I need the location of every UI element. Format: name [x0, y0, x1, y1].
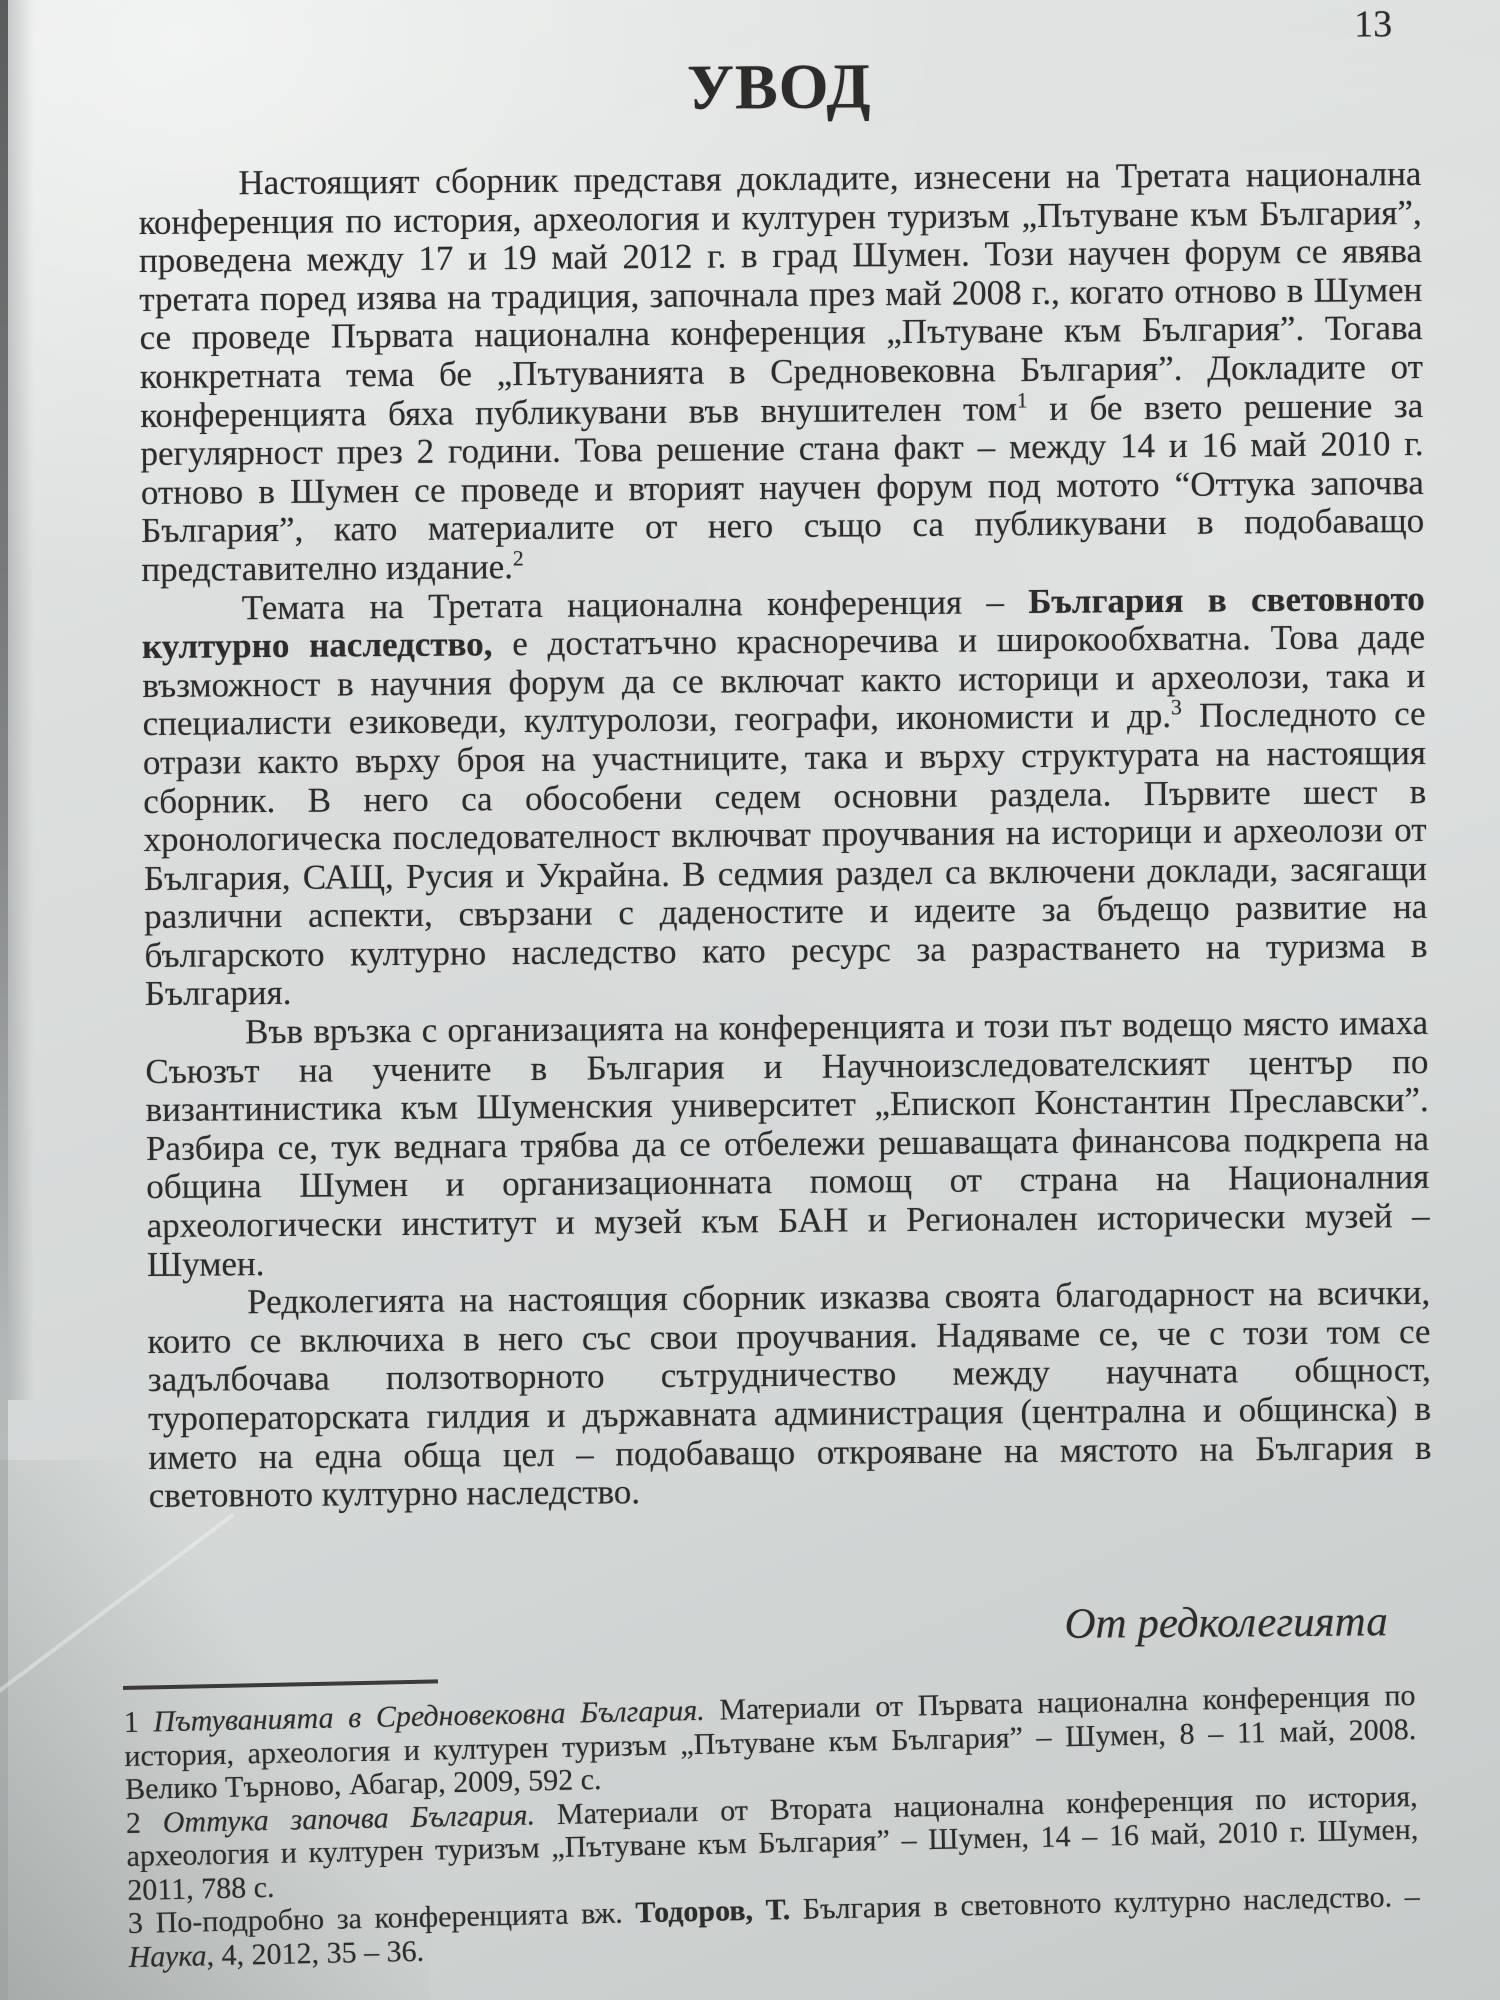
paragraph-1: Настоящият сборник представя докладите, …	[138, 155, 1424, 590]
footnote-2-marker: 2	[126, 1806, 164, 1840]
footnote-3-text: , 4, 2012, 35 – 36.	[206, 1934, 424, 1972]
footnotes-section: 1 Пътуванията в Средновековна България. …	[123, 1659, 1421, 1974]
page-number: 13	[1354, 3, 1392, 45]
page-content: 13 УВОД Настоящият сборник представя док…	[137, 0, 1433, 1656]
footnote-3-journal: Наука	[128, 1939, 207, 1974]
paragraph-2-text: Темата на Третата национална конференция…	[242, 582, 1029, 627]
paragraph-2: Темата на Третата национална конференция…	[142, 579, 1428, 1014]
footnote-ref-2: 2	[513, 546, 524, 570]
footnote-3-marker: 3	[128, 1906, 156, 1940]
page-left-edge-fade	[8, 0, 34, 1400]
footnote-ref-1: 1	[1017, 388, 1028, 412]
paragraph-4: Редколегията на настоящия сборник изказв…	[147, 1274, 1432, 1516]
footnote-ref-3: 3	[1171, 696, 1182, 720]
paragraph-3: Във връзка с организацията на конференци…	[145, 1004, 1430, 1284]
paragraph-2-text: Последното се отрази както върху броя на…	[143, 694, 1428, 1013]
footnote-1-marker: 1	[123, 1705, 153, 1739]
page-title: УВОД	[137, 47, 1421, 127]
footnote-3-author: Тодоров, Т.	[635, 1893, 790, 1929]
scanned-book-page: 13 УВОД Настоящият сборник представя док…	[0, 0, 1500, 2000]
editorial-signature: От редколегията	[150, 1598, 1433, 1656]
